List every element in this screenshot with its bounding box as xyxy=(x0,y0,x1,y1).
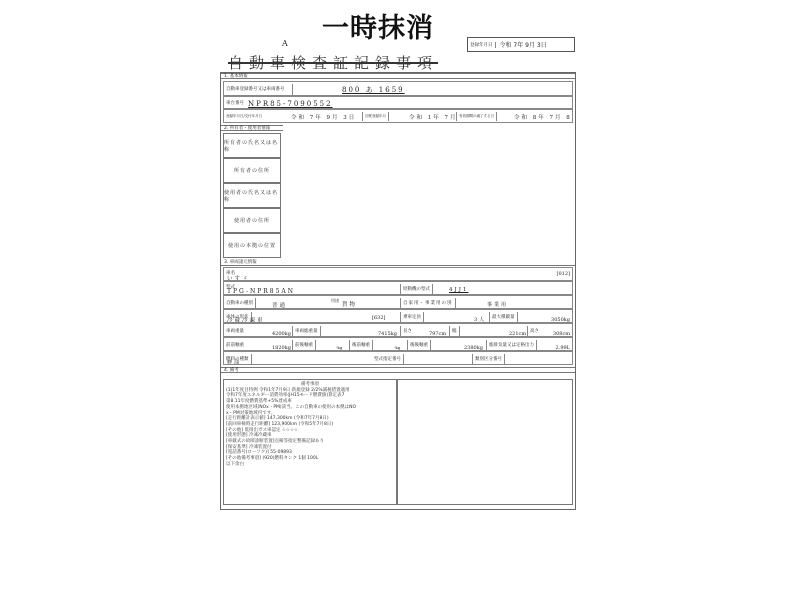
max-load-label: 最大積載量 xyxy=(489,312,518,323)
rear-axle-label: 後後軸重 xyxy=(407,340,431,351)
gross-label: 車両総重量 xyxy=(292,326,321,337)
plate-value: 800 あ 1659 xyxy=(342,85,405,95)
engine-value: 4JJ1 xyxy=(449,287,468,293)
kind-row: 自動車の種別 普通 用途 貨物 自家用・事業用の別 事業用 xyxy=(223,295,573,309)
plate-label: 自動車登録番号又は車両番号 xyxy=(224,84,293,96)
dates-row: 登録年月日/交付年月日 令和 7年 9月 3日 初度登録年月 令和 1年 7月 … xyxy=(223,109,573,123)
rear-front-axle-label: 後前軸重 xyxy=(349,340,373,351)
remarks-line: 以下余白 xyxy=(226,462,394,468)
section-remarks: 4. 備考 xyxy=(221,367,575,373)
mark-a: A xyxy=(282,39,288,48)
height-label: 高さ xyxy=(527,326,541,336)
engine-label: 原動機の型式 xyxy=(400,284,433,295)
use-label: 用途 xyxy=(329,296,341,306)
front-rear-axle-value: -kg xyxy=(336,345,342,350)
width-label: 幅 xyxy=(449,326,460,337)
model-row: 型式 TPG-NPR85AN 原動機の型式 4JJ1 xyxy=(223,281,573,295)
record-form: 1. 基本情報 自動車登録番号又は車両番号 800 あ 1659 車台番号 NP… xyxy=(220,72,576,510)
front-rear-axle-label: 前後軸重 xyxy=(292,340,316,351)
use-value: 貨物 xyxy=(342,300,357,308)
section-basic-info: 1. 基本情報 xyxy=(221,73,575,79)
length-label: 長さ xyxy=(400,326,414,336)
body-row: 車体の形状 冷蔵冷凍車 [632] 乗車定員 3人 最大積載量 3050kg xyxy=(223,309,573,323)
document-title: 一時抹消 xyxy=(322,6,434,45)
capacity-value: 3人 xyxy=(474,316,486,323)
first-reg-value: 令和 1年 7月 xyxy=(409,113,458,121)
expiry-label: 有効期間の満了する日 xyxy=(456,112,497,121)
model-value: TPG-NPR85AN xyxy=(227,288,295,295)
axle-row: 前前軸重 1820kg 前後軸重 -kg 後前軸重 -kg 後後軸重 2380k… xyxy=(223,337,573,351)
purpose-label: 自家用・事業用の別 xyxy=(400,298,456,309)
remarks-right-box xyxy=(397,379,573,505)
owner-name-label: 所有者の氏名又は名称 xyxy=(223,133,281,158)
section-vehicle-specs: 3. 車両諸元情報 xyxy=(221,260,575,266)
maker-code: [012] xyxy=(557,271,570,277)
plate-row: 自動車登録番号又は車両番号 800 あ 1659 xyxy=(223,81,573,96)
capacity-label: 乗車定員 xyxy=(400,312,424,323)
body-code: [632] xyxy=(372,315,385,321)
category-label: 類別区分番号 xyxy=(472,354,505,365)
kind-value: 普通 xyxy=(272,301,287,309)
dimensions-row: 車両重量 4200kg 車両総重量 7415kg 長さ 797cm 幅 221c… xyxy=(223,323,573,337)
maker-value: いすゞ xyxy=(227,274,250,281)
maker-row: 車名 いすゞ [012] xyxy=(223,267,573,281)
kind-label: 自動車の種別 xyxy=(224,298,256,309)
first-reg-label: 初度登録年月 xyxy=(362,112,389,121)
body-value: 冷蔵冷凍車 xyxy=(227,316,265,323)
registration-date-label: 登録年月日 xyxy=(470,42,496,48)
weight-label: 車両重量 xyxy=(224,326,246,336)
registration-date-value: 令和 7年 9月 3日 xyxy=(500,40,547,49)
registration-date-box: 登録年月日 令和 7年 9月 3日 xyxy=(467,37,575,52)
front-axle-label: 前前軸重 xyxy=(224,340,246,350)
chassis-row: 車台番号 NPR85-7090552 xyxy=(223,96,573,109)
remarks-box: 備考事項 (1)1年度目特例 令和1年7月9日 新規登録 2/2%減税措置適用 … xyxy=(223,379,397,505)
base-location-label: 使用の本拠の位置 xyxy=(223,233,281,258)
fuel-row: 燃料の種類 軽油 型式指定番号 類別区分番号 xyxy=(223,351,573,365)
fuel-value: 軽油 xyxy=(227,359,241,365)
owner-address-label: 所有者の住所 xyxy=(223,158,281,183)
type-approval-label: 型式指定番号 xyxy=(372,354,404,365)
rear-front-axle-value: -kg xyxy=(394,345,400,350)
user-name-label: 使用者の氏名又は名称 xyxy=(223,183,281,208)
user-address-label: 使用者の住所 xyxy=(223,208,281,233)
expiry-value: 令和 8年 7月 8日 xyxy=(514,113,573,121)
chassis-label: 車台番号 xyxy=(224,98,246,108)
vehicle-inspection-document: 一時抹消 A 自動車検査証記録事項 登録年月日 令和 7年 9月 3日 1. 基… xyxy=(0,0,800,600)
reg-date-label: 登録年月日/交付年月日 xyxy=(224,112,264,121)
struck-heading: 自動車検査証記録事項 xyxy=(228,52,438,73)
reg-date-value: 令和 7年 9月 3日 xyxy=(291,113,356,121)
displacement-label: 総排気量又は定格出力 xyxy=(486,340,537,351)
chassis-value: NPR85-7090552 xyxy=(248,100,333,108)
section-owner-user: 2. 所有者・使用者情報 xyxy=(221,125,283,131)
purpose-value: 事業用 xyxy=(487,301,508,308)
